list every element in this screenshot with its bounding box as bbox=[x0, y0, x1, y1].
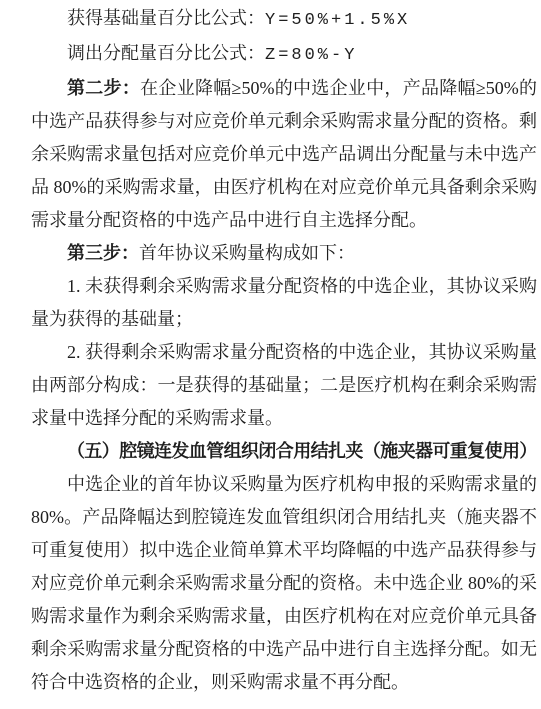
document-body: 获得基础量百分比公式：Y=50%+1.5%X 调出分配量百分比公式：Z=80%-… bbox=[31, 2, 537, 699]
section-heading-five: （五）腔镜连发血管组织闭合用结扎夹（施夹器可重复使用） bbox=[31, 435, 537, 468]
paragraph-section-five: 中选企业的首年协议采购量为医疗机构申报的采购需求量的 80%。产品降幅达到腔镜连… bbox=[31, 468, 537, 699]
section-heading-five-text: （五）腔镜连发血管组织闭合用结扎夹（施夹器可重复使用） bbox=[67, 441, 537, 461]
paragraph-step-three: 第三步：首年协议采购量构成如下： bbox=[31, 237, 537, 270]
step-three-label: 第三步： bbox=[67, 243, 139, 263]
list-item-1: 1. 未获得剩余采购需求量分配资格的中选企业，其协议采购量为获得的基础量； bbox=[31, 270, 537, 336]
formula-transfer-quota-line: 调出分配量百分比公式：Z=80%-Y bbox=[31, 37, 537, 72]
section-five-text: 中选企业的首年协议采购量为医疗机构申报的采购需求量的 80%。产品降幅达到腔镜连… bbox=[31, 474, 537, 692]
formula-transfer-quota: Z=80%-Y bbox=[265, 46, 357, 65]
formula-base-quantity-line: 获得基础量百分比公式：Y=50%+1.5%X bbox=[31, 2, 537, 37]
formula-transfer-quota-label: 调出分配量百分比公式： bbox=[67, 43, 265, 63]
list-item-1-text: 1. 未获得剩余采购需求量分配资格的中选企业，其协议采购量为获得的基础量； bbox=[31, 276, 537, 329]
step-three-text: 首年协议采购量构成如下： bbox=[139, 243, 355, 263]
step-two-text: 在企业降幅≥50%的中选企业中，产品降幅≥50%的中选产品获得参与对应竞价单元剩… bbox=[31, 78, 537, 230]
list-item-2-text: 2. 获得剩余采购需求量分配资格的中选企业，其协议采购量由两部分构成：一是获得的… bbox=[31, 342, 537, 428]
formula-base-quantity: Y=50%+1.5%X bbox=[265, 11, 410, 30]
list-item-2: 2. 获得剩余采购需求量分配资格的中选企业，其协议采购量由两部分构成：一是获得的… bbox=[31, 336, 537, 435]
paragraph-step-two: 第二步：在企业降幅≥50%的中选企业中，产品降幅≥50%的中选产品获得参与对应竞… bbox=[31, 72, 537, 237]
step-two-label: 第二步： bbox=[67, 78, 140, 98]
document-page: 获得基础量百分比公式：Y=50%+1.5%X 调出分配量百分比公式：Z=80%-… bbox=[0, 0, 541, 709]
formula-base-quantity-label: 获得基础量百分比公式： bbox=[67, 8, 265, 28]
